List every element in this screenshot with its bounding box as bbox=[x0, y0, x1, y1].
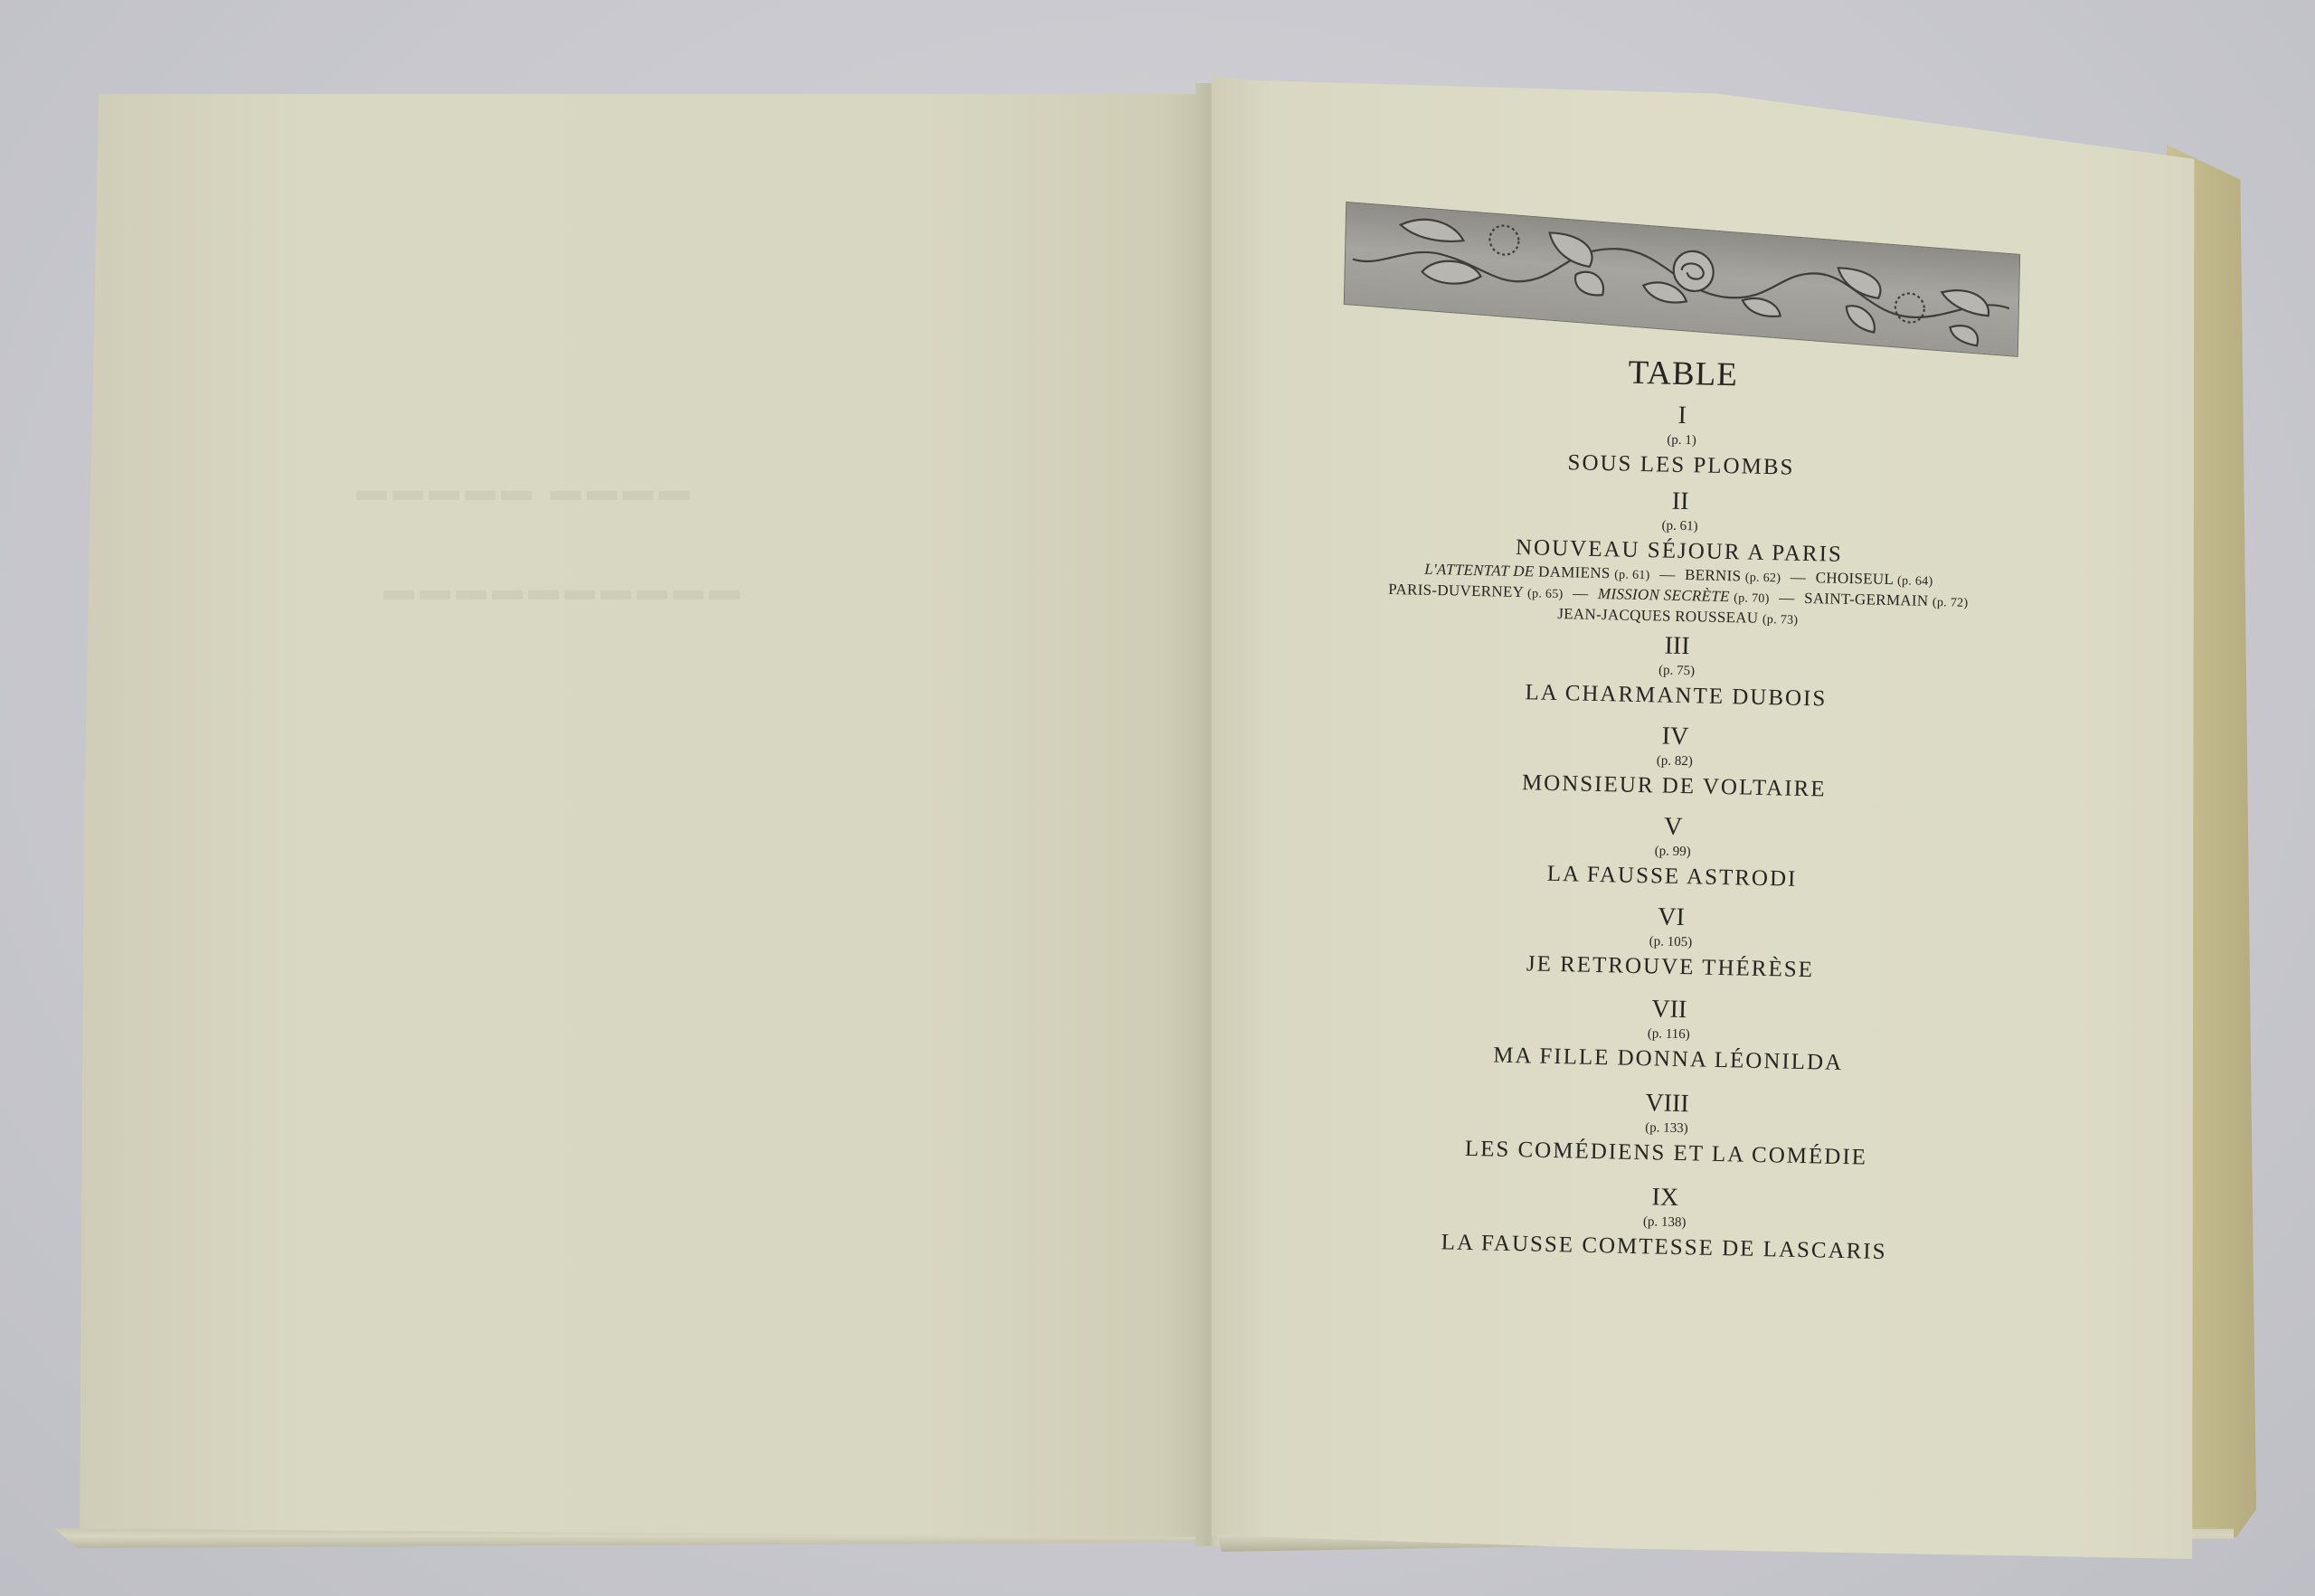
subentry-title: MISSION SECRÈTE bbox=[1598, 585, 1730, 605]
open-book: ▬▬▬▬ ▬▬▬▬▬ ▬▬▬▬▬▬▬▬▬▬ bbox=[0, 0, 2315, 1596]
separator-dash: — bbox=[1654, 565, 1681, 583]
subentry-title: BERNIS bbox=[1685, 566, 1742, 584]
toc-entry-chapter-6: VI (p. 105) JE RETROUVE THÉRÈSE bbox=[1313, 896, 2029, 988]
bleed-through-text: ▬▬▬▬ ▬▬▬▬▬ bbox=[351, 474, 690, 508]
toc-entry-chapter-5: V (p. 99) LA FAUSSE ASTRODI bbox=[1315, 806, 2031, 898]
subentry-page: (p. 72) bbox=[1932, 596, 1969, 610]
subentry-title: SAINT-GERMAIN bbox=[1804, 590, 1929, 609]
subentry-page: (p. 73) bbox=[1762, 613, 1799, 628]
subentry-title: L'ATTENTAT DE bbox=[1424, 561, 1535, 581]
floral-vine-ornament-icon bbox=[1344, 202, 2020, 357]
separator-dash: — bbox=[1567, 584, 1594, 602]
separator-dash: — bbox=[1785, 568, 1812, 586]
subentry-page: (p. 64) bbox=[1897, 574, 1933, 589]
subentry-title: CHOISEUL bbox=[1816, 569, 1894, 588]
subentry-title: PARIS-DUVERNEY bbox=[1388, 581, 1524, 600]
left-page-blank: ▬▬▬▬ ▬▬▬▬▬ ▬▬▬▬▬▬▬▬▬▬ bbox=[80, 94, 1208, 1537]
subentry-page: (p. 70) bbox=[1734, 591, 1770, 606]
subentry-page: (p. 65) bbox=[1527, 587, 1564, 601]
subentry-title: JEAN-JACQUES ROUSSEAU bbox=[1557, 605, 1759, 627]
subentry-page: (p. 62) bbox=[1745, 571, 1781, 586]
bleed-through-text: ▬▬▬▬▬▬▬▬▬▬ bbox=[378, 573, 740, 608]
toc-entry-chapter-8: VIII (p. 133) LES COMÉDIENS ET LA COMÉDI… bbox=[1309, 1082, 2025, 1175]
toc-entry-chapter-9: IX (p. 138) LA FAUSSE COMTESSE DE LASCAR… bbox=[1307, 1176, 2023, 1269]
toc-entry-chapter-2: II (p. 61) NOUVEAU SÉJOUR A PARIS L'ATTE… bbox=[1320, 480, 2037, 635]
table-of-contents: TABLE I (p. 1) SOUS LES PLOMBS II (p. 61… bbox=[1306, 209, 2044, 1291]
subentry-title-suffix: DAMIENS bbox=[1534, 562, 1611, 581]
floral-vine-icon bbox=[1345, 203, 2019, 356]
separator-dash: — bbox=[1773, 589, 1800, 607]
toc-entry-chapter-3: III (p. 75) LA CHARMANTE DUBOIS bbox=[1318, 625, 2035, 717]
toc-entry-chapter-1: I (p. 1) SOUS LES PLOMBS bbox=[1324, 394, 2040, 486]
toc-heading: TABLE bbox=[1326, 346, 2041, 401]
toc-entry-chapter-4: IV (p. 82) MONSIEUR DE VOLTAIRE bbox=[1317, 715, 2033, 807]
toc-entry-chapter-7: VII (p. 116) MA FILLE DONNA LÉONILDA bbox=[1310, 988, 2027, 1081]
subentry-page: (p. 61) bbox=[1614, 568, 1650, 582]
